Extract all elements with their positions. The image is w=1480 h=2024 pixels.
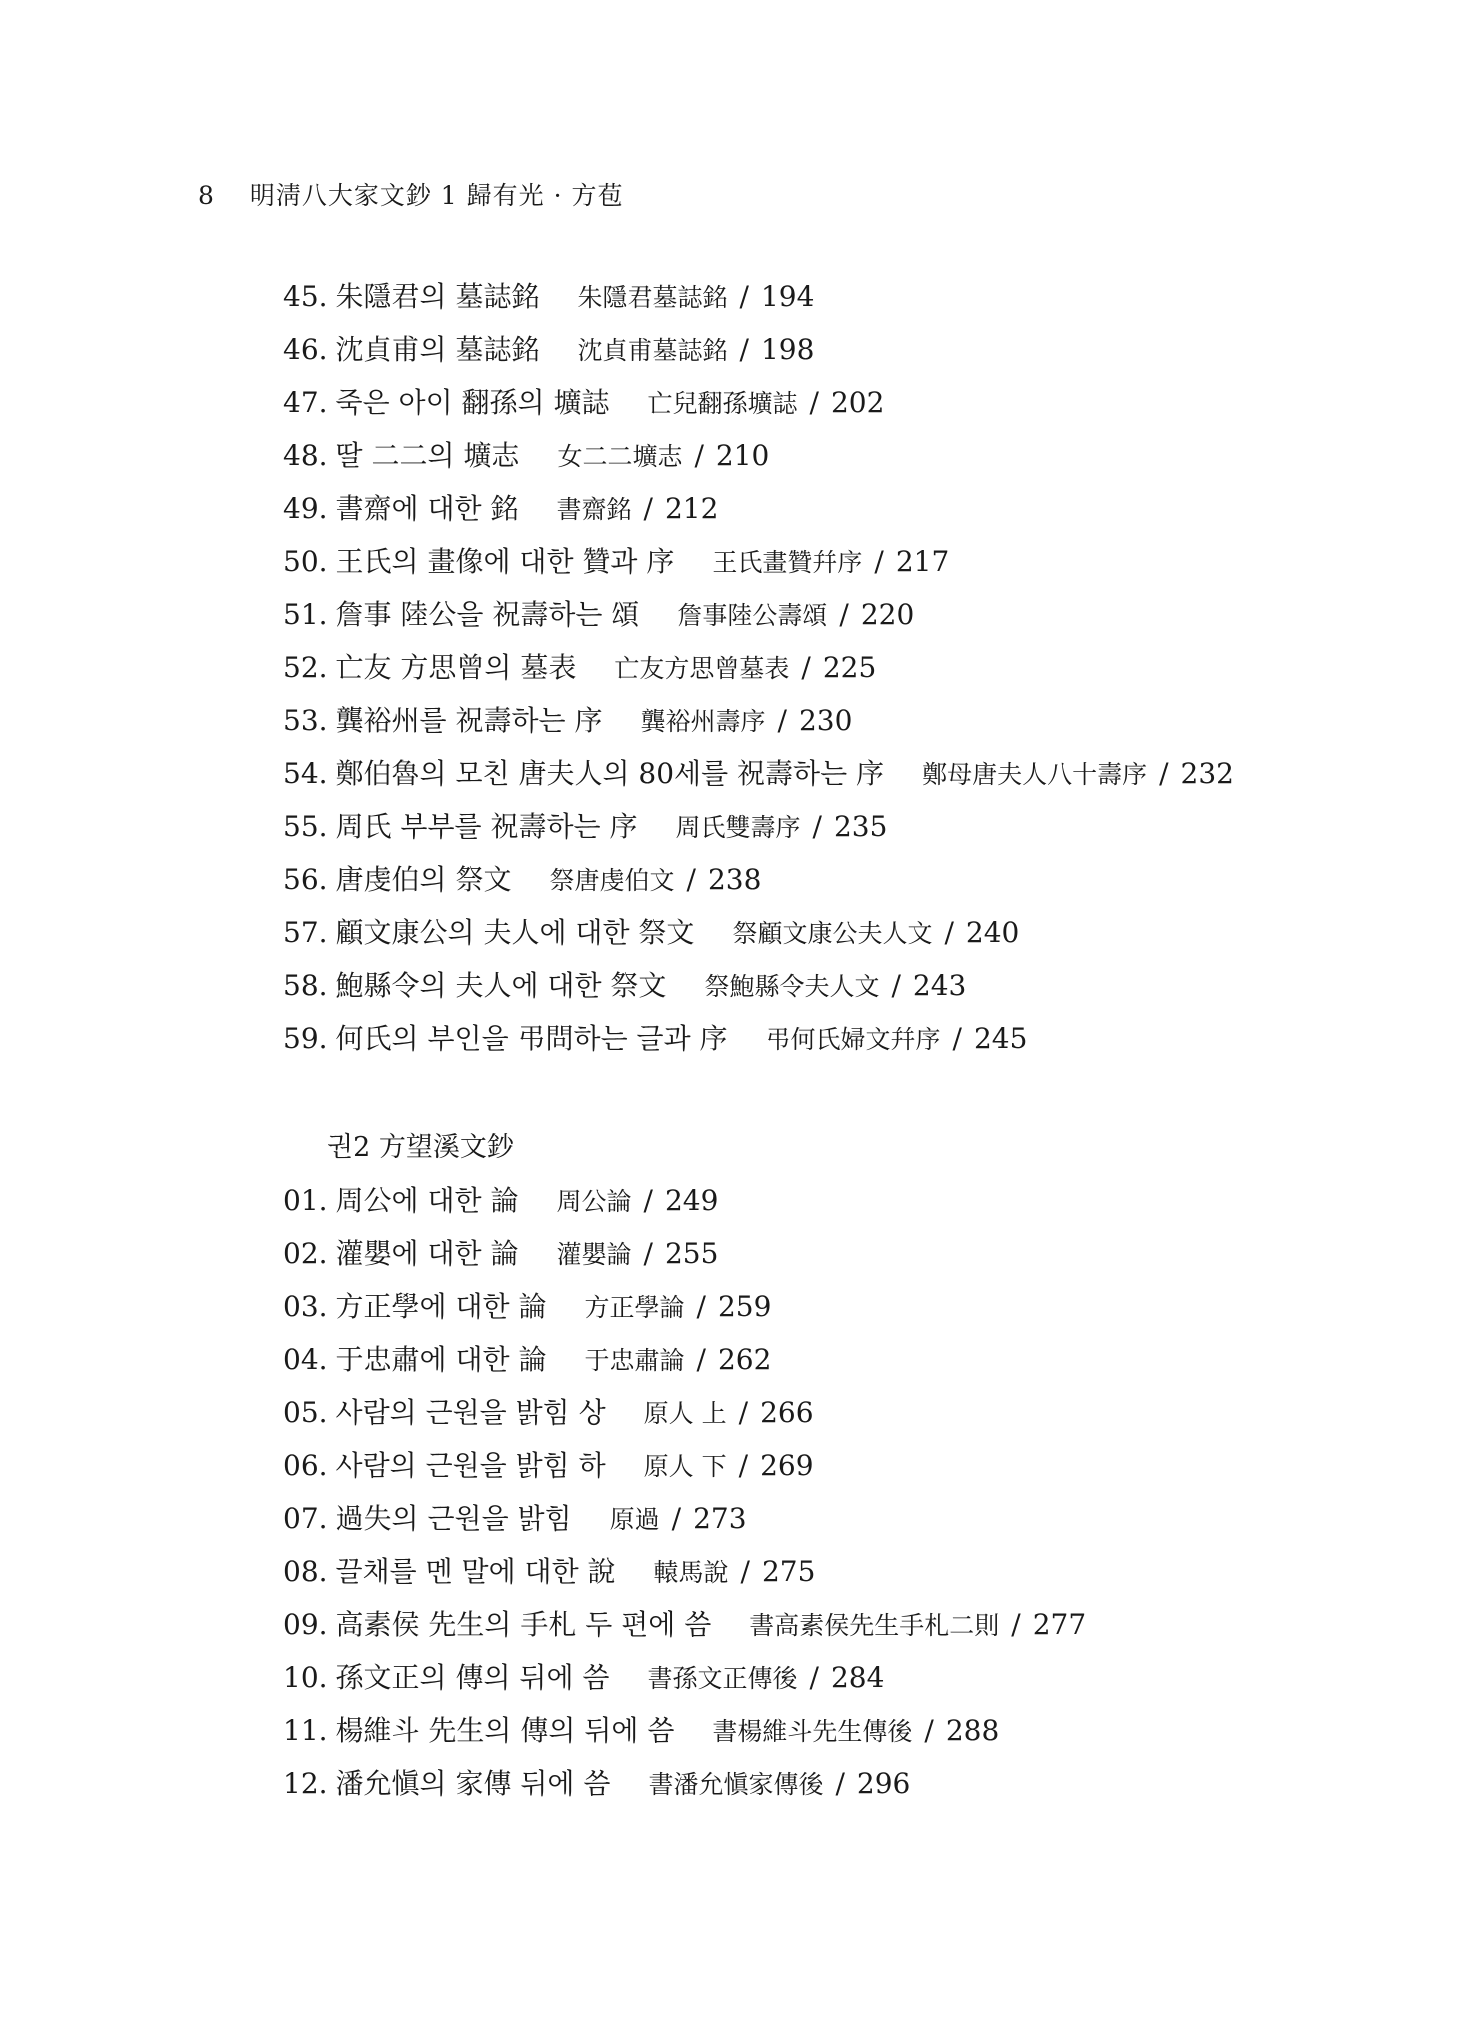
separator: /: [739, 1396, 748, 1429]
entry-original-title: 于忠肅論: [584, 1346, 684, 1375]
entry-page-number: 259: [718, 1290, 771, 1323]
toc-entry: 06.사람의 근원을 밝힘 하原人 下/269: [283, 1439, 1234, 1492]
entry-korean-title: 鄭伯魯의 모친 唐夫人의 80세를 祝壽하는 序: [336, 757, 885, 790]
entry-korean-title: 周氏 부부를 祝壽하는 序: [336, 810, 638, 843]
entry-original-title: 女二二壙志: [557, 442, 682, 471]
entry-original-title: 轅馬說: [654, 1558, 729, 1587]
entry-page-number: 269: [760, 1449, 813, 1482]
toc-entry: 53.龔裕州를 祝壽하는 序龔裕州壽序/230: [283, 694, 1234, 747]
entry-korean-title: 于忠肅에 대한 論: [336, 1343, 547, 1376]
entry-original-title: 龔裕州壽序: [640, 707, 765, 736]
entry-page-number: 202: [831, 386, 884, 419]
entry-korean-title: 過失의 근원을 밝힘: [336, 1502, 572, 1535]
separator: /: [644, 1184, 653, 1217]
separator: /: [697, 1343, 706, 1376]
entry-original-title: 王氏畫贊幷序: [712, 548, 862, 577]
toc-entry: 12.潘允愼의 家傳 뒤에 씀書潘允愼家傳後/296: [283, 1757, 1234, 1810]
toc-entry: 48.딸 二二의 壙志女二二壙志/210: [283, 429, 1234, 482]
page-number: 8: [198, 181, 215, 210]
entry-page-number: 225: [823, 651, 876, 684]
entry-original-title: 亡兒翻孫壙誌: [647, 389, 797, 418]
entry-page-number: 198: [761, 333, 814, 366]
entry-page-number: 275: [762, 1555, 815, 1588]
entry-korean-title: 顧文康公의 夫人에 대한 祭文: [336, 916, 695, 949]
toc-entry: 05.사람의 근원을 밝힘 상原人 上/266: [283, 1386, 1234, 1439]
entry-page-number: 243: [913, 969, 966, 1002]
entry-original-title: 書楊維斗先生傳後: [712, 1717, 912, 1746]
separator: /: [953, 1022, 962, 1055]
section-heading: 권2 方望溪文鈔: [283, 1121, 1234, 1174]
toc-entry: 01.周公에 대한 論周公論/249: [283, 1174, 1234, 1227]
toc-entry: 03.方正學에 대한 論方正學論/259: [283, 1280, 1234, 1333]
entry-original-title: 祭顧文康公夫人文: [732, 919, 932, 948]
separator: /: [644, 492, 653, 525]
entry-page-number: 255: [665, 1237, 718, 1270]
entry-page-number: 288: [946, 1714, 999, 1747]
separator: /: [672, 1502, 681, 1535]
toc-entry: 51.詹事 陸公을 祝壽하는 頌詹事陸公壽頌/220: [283, 588, 1234, 641]
entry-number: 56.: [283, 853, 328, 906]
entry-korean-title: 沈貞甫의 墓誌銘: [336, 333, 540, 366]
entry-number: 10.: [283, 1651, 328, 1704]
toc-entry: 59.何氏의 부인을 弔問하는 글과 序弔何氏婦文幷序/245: [283, 1012, 1234, 1065]
entry-number: 54.: [283, 747, 328, 800]
table-of-contents: 45.朱隱君의 墓誌銘朱隱君墓誌銘/19446.沈貞甫의 墓誌銘沈貞甫墓誌銘/1…: [283, 270, 1234, 1810]
separator: /: [778, 704, 787, 737]
separator: /: [813, 810, 822, 843]
toc-entry: 49.書齋에 대한 銘書齋銘/212: [283, 482, 1234, 535]
toc-entry: 09.高素侯 先生의 手札 두 편에 씀書高素侯先生手札二則/277: [283, 1598, 1234, 1651]
separator: /: [810, 1661, 819, 1694]
book-title: 明淸八大家文鈔 1 歸有光 · 方苞: [250, 181, 624, 210]
entry-page-number: 284: [831, 1661, 884, 1694]
entry-number: 45.: [283, 270, 328, 323]
entry-page-number: 262: [718, 1343, 771, 1376]
entry-original-title: 書潘允愼家傳後: [648, 1770, 823, 1799]
entry-korean-title: 끌채를 멘 말에 대한 說: [336, 1555, 616, 1588]
entry-number: 07.: [283, 1492, 328, 1545]
separator: /: [697, 1290, 706, 1323]
entry-page-number: 230: [799, 704, 852, 737]
entry-korean-title: 亡友 方思曾의 墓表: [336, 651, 577, 684]
toc-entry: 02.灌嬰에 대한 論灌嬰論/255: [283, 1227, 1234, 1280]
toc-section-2: 01.周公에 대한 論周公論/24902.灌嬰에 대한 論灌嬰論/25503.方…: [283, 1174, 1234, 1810]
separator: /: [835, 1767, 844, 1800]
toc-entry: 45.朱隱君의 墓誌銘朱隱君墓誌銘/194: [283, 270, 1234, 323]
entry-original-title: 祭鮑縣令夫人文: [704, 972, 879, 1001]
entry-page-number: 210: [716, 439, 769, 472]
entry-number: 04.: [283, 1333, 328, 1386]
entry-page-number: 277: [1033, 1608, 1086, 1641]
entry-original-title: 方正學論: [584, 1293, 684, 1322]
separator: /: [801, 651, 810, 684]
entry-original-title: 沈貞甫墓誌銘: [577, 336, 727, 365]
separator: /: [740, 333, 749, 366]
entry-number: 03.: [283, 1280, 328, 1333]
entry-page-number: 240: [966, 916, 1019, 949]
toc-entry: 58.鮑縣令의 夫人에 대한 祭文祭鮑縣令夫人文/243: [283, 959, 1234, 1012]
entry-original-title: 灌嬰論: [556, 1240, 631, 1269]
entry-korean-title: 周公에 대한 論: [336, 1184, 519, 1217]
toc-entry: 46.沈貞甫의 墓誌銘沈貞甫墓誌銘/198: [283, 323, 1234, 376]
entry-original-title: 鄭母唐夫人八十壽序: [922, 760, 1147, 789]
entry-korean-title: 方正學에 대한 論: [336, 1290, 547, 1323]
separator: /: [687, 863, 696, 896]
entry-number: 48.: [283, 429, 328, 482]
toc-entry: 47.죽은 아이 翻孫의 壙誌亡兒翻孫壙誌/202: [283, 376, 1234, 429]
entry-page-number: 194: [761, 280, 814, 313]
entry-original-title: 周公論: [556, 1187, 631, 1216]
running-head: 8 明淸八大家文鈔 1 歸有光 · 方苞: [198, 176, 624, 212]
entry-korean-title: 사람의 근원을 밝힘 상: [336, 1396, 606, 1429]
entry-number: 08.: [283, 1545, 328, 1598]
separator: /: [739, 1449, 748, 1482]
entry-korean-title: 王氏의 畫像에 대한 贊과 序: [336, 545, 675, 578]
entry-original-title: 書孫文正傳後: [647, 1664, 797, 1693]
entry-number: 01.: [283, 1174, 328, 1227]
entry-original-title: 亡友方思曾墓表: [614, 654, 789, 683]
separator: /: [741, 1555, 750, 1588]
toc-entry: 54.鄭伯魯의 모친 唐夫人의 80세를 祝壽하는 序鄭母唐夫人八十壽序/232: [283, 747, 1234, 800]
entry-page-number: 220: [861, 598, 914, 631]
entry-page-number: 232: [1181, 757, 1234, 790]
entry-page-number: 235: [834, 810, 887, 843]
toc-entry: 55.周氏 부부를 祝壽하는 序周氏雙壽序/235: [283, 800, 1234, 853]
toc-entry: 07.過失의 근원을 밝힘原過/273: [283, 1492, 1234, 1545]
entry-korean-title: 灌嬰에 대한 論: [336, 1237, 519, 1270]
entry-korean-title: 何氏의 부인을 弔問하는 글과 序: [336, 1022, 728, 1055]
toc-entry: 10.孫文正의 傳의 뒤에 씀書孫文正傳後/284: [283, 1651, 1234, 1704]
separator: /: [1011, 1608, 1020, 1641]
entry-korean-title: 딸 二二의 壙志: [336, 439, 520, 472]
entry-korean-title: 孫文正의 傳의 뒤에 씀: [336, 1661, 610, 1694]
entry-korean-title: 龔裕州를 祝壽하는 序: [336, 704, 603, 737]
entry-number: 53.: [283, 694, 328, 747]
entry-original-title: 祭唐虔伯文: [549, 866, 674, 895]
entry-korean-title: 사람의 근원을 밝힘 하: [336, 1449, 606, 1482]
entry-number: 46.: [283, 323, 328, 376]
separator: /: [944, 916, 953, 949]
entry-korean-title: 朱隱君의 墓誌銘: [336, 280, 540, 313]
entry-korean-title: 高素侯 先生의 手札 두 편에 씀: [336, 1608, 712, 1641]
entry-page-number: 296: [857, 1767, 910, 1800]
toc-entry: 04.于忠肅에 대한 論于忠肅論/262: [283, 1333, 1234, 1386]
separator: /: [924, 1714, 933, 1747]
entry-original-title: 原過: [610, 1505, 660, 1534]
entry-number: 59.: [283, 1012, 328, 1065]
entry-number: 58.: [283, 959, 328, 1012]
entry-original-title: 詹事陸公壽頌: [677, 601, 827, 630]
toc-entry: 52.亡友 方思曾의 墓表亡友方思曾墓表/225: [283, 641, 1234, 694]
entry-original-title: 原人 下: [644, 1452, 727, 1481]
entry-original-title: 弔何氏婦文幷序: [766, 1025, 941, 1054]
entry-page-number: 266: [760, 1396, 813, 1429]
entry-number: 05.: [283, 1386, 328, 1439]
toc-section-1: 45.朱隱君의 墓誌銘朱隱君墓誌銘/19446.沈貞甫의 墓誌銘沈貞甫墓誌銘/1…: [283, 270, 1234, 1065]
toc-entry: 56.唐虔伯의 祭文祭唐虔伯文/238: [283, 853, 1234, 906]
entry-korean-title: 書齋에 대한 銘: [336, 492, 519, 525]
separator: /: [644, 1237, 653, 1270]
entry-korean-title: 詹事 陸公을 祝壽하는 頌: [336, 598, 640, 631]
entry-number: 57.: [283, 906, 328, 959]
entry-number: 02.: [283, 1227, 328, 1280]
entry-number: 06.: [283, 1439, 328, 1492]
entry-page-number: 249: [665, 1184, 718, 1217]
entry-number: 50.: [283, 535, 328, 588]
section-gap: [283, 1065, 1234, 1121]
toc-entry: 08.끌채를 멘 말에 대한 說轅馬說/275: [283, 1545, 1234, 1598]
entry-number: 52.: [283, 641, 328, 694]
entry-number: 11.: [283, 1704, 328, 1757]
entry-page-number: 245: [974, 1022, 1027, 1055]
entry-number: 12.: [283, 1757, 328, 1810]
entry-original-title: 書高素侯先生手札二則: [749, 1611, 999, 1640]
entry-original-title: 朱隱君墓誌銘: [577, 283, 727, 312]
separator: /: [1159, 757, 1168, 790]
entry-korean-title: 楊維斗 先生의 傳의 뒤에 씀: [336, 1714, 675, 1747]
entry-number: 55.: [283, 800, 328, 853]
entry-page-number: 212: [665, 492, 718, 525]
entry-page-number: 273: [693, 1502, 746, 1535]
separator: /: [839, 598, 848, 631]
entry-number: 47.: [283, 376, 328, 429]
entry-number: 51.: [283, 588, 328, 641]
toc-entry: 50.王氏의 畫像에 대한 贊과 序王氏畫贊幷序/217: [283, 535, 1234, 588]
separator: /: [891, 969, 900, 1002]
toc-entry: 11.楊維斗 先生의 傳의 뒤에 씀書楊維斗先生傳後/288: [283, 1704, 1234, 1757]
entry-number: 49.: [283, 482, 328, 535]
entry-page-number: 238: [708, 863, 761, 896]
entry-korean-title: 죽은 아이 翻孫의 壙誌: [336, 386, 610, 419]
entry-number: 09.: [283, 1598, 328, 1651]
entry-korean-title: 鮑縣令의 夫人에 대한 祭文: [336, 969, 667, 1002]
entry-original-title: 周氏雙壽序: [675, 813, 800, 842]
separator: /: [874, 545, 883, 578]
toc-entry: 57.顧文康公의 夫人에 대한 祭文祭顧文康公夫人文/240: [283, 906, 1234, 959]
entry-original-title: 原人 上: [644, 1399, 727, 1428]
separator: /: [694, 439, 703, 472]
separator: /: [740, 280, 749, 313]
entry-korean-title: 唐虔伯의 祭文: [336, 863, 512, 896]
entry-page-number: 217: [896, 545, 949, 578]
separator: /: [810, 386, 819, 419]
entry-original-title: 書齋銘: [556, 495, 631, 524]
entry-korean-title: 潘允愼의 家傳 뒤에 씀: [336, 1767, 611, 1800]
